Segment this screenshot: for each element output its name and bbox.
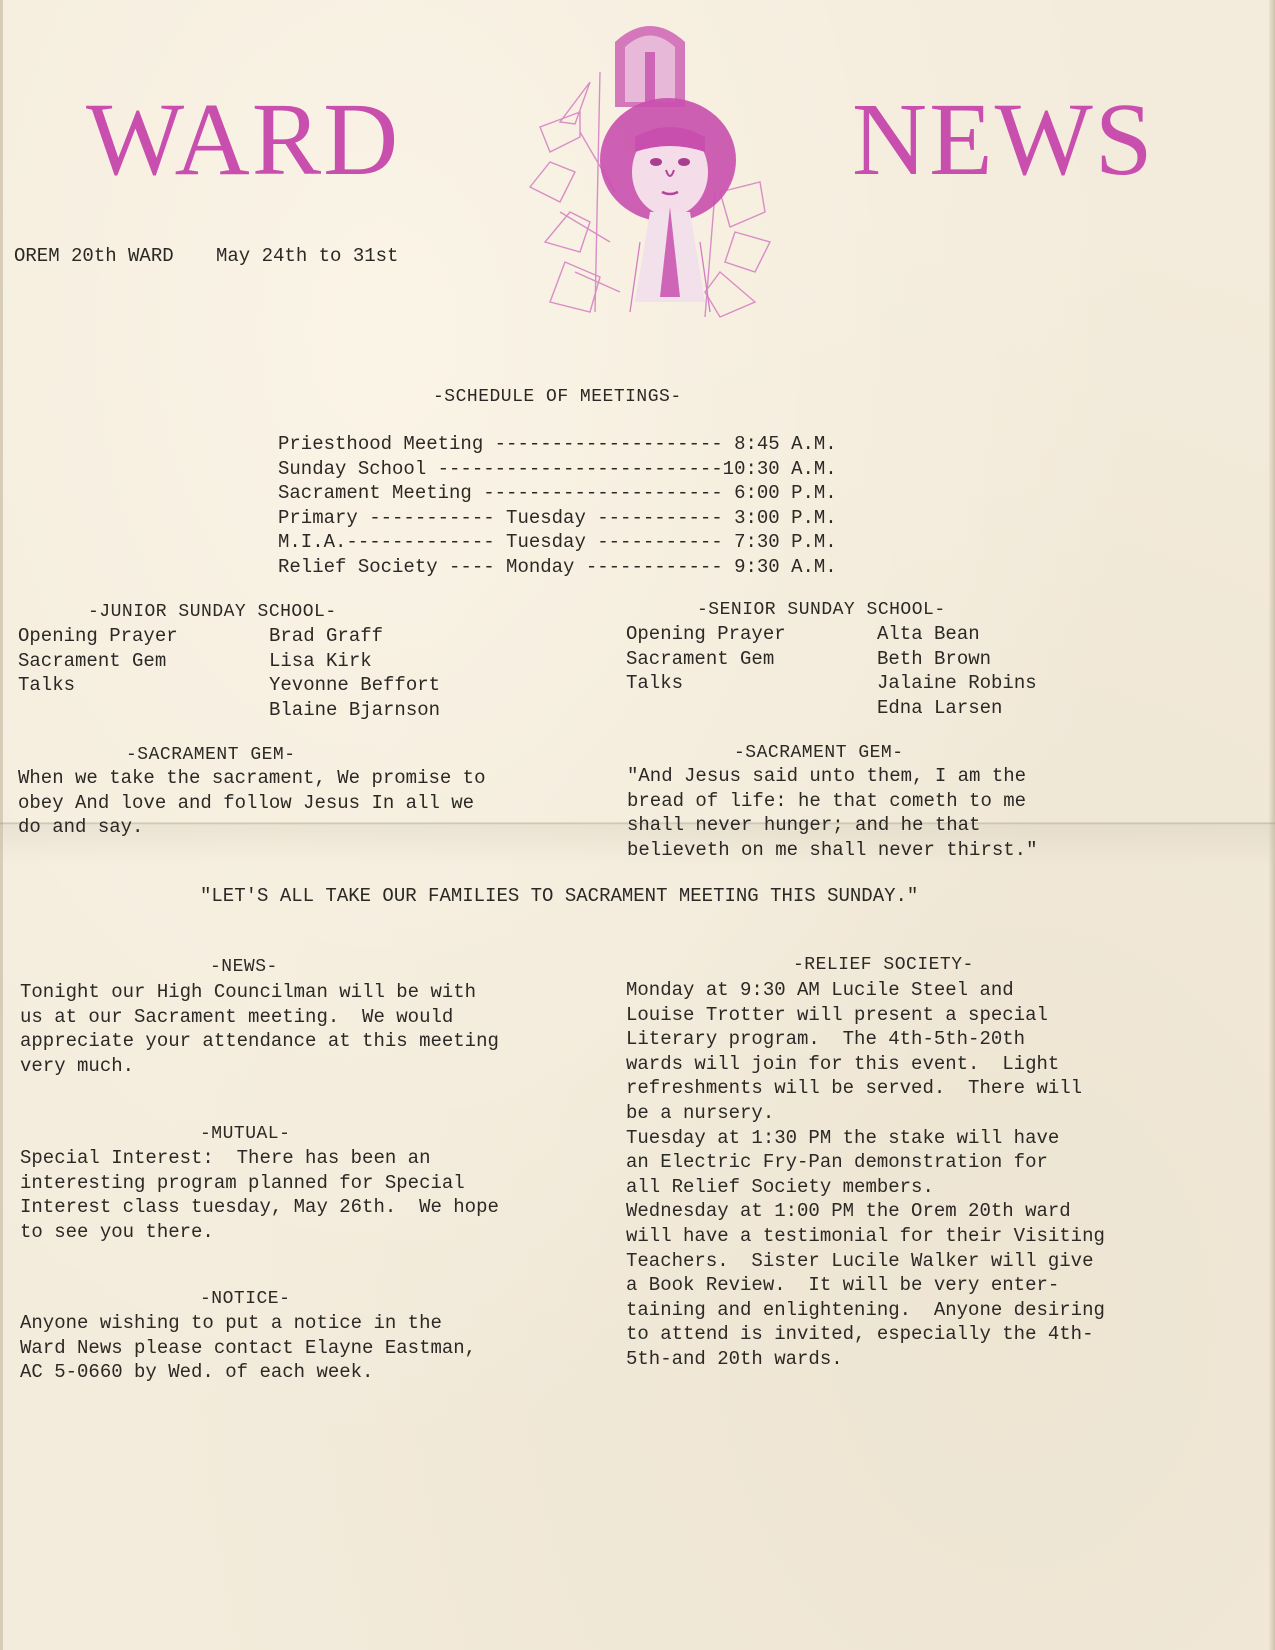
notice-body: Anyone wishing to put a notice in theWar… xyxy=(20,1311,476,1385)
participant-name: Jalaine Robins xyxy=(877,671,1037,696)
notice-line: Anyone wishing to put a notice in the xyxy=(20,1311,476,1336)
junior-names: Brad GraffLisa KirkYevonne BeffortBlaine… xyxy=(269,624,440,722)
junior-roles: Opening PrayerSacrament GemTalks xyxy=(18,624,178,722)
news-line: us at our Sacrament meeting. We would xyxy=(20,1005,499,1030)
relief-society-line: refreshments will be served. There will xyxy=(626,1076,1105,1101)
schedule-row: Sunday School -------------------------1… xyxy=(278,457,837,482)
senior-sunday-school-title: -SENIOR SUNDAY SCHOOL- xyxy=(697,598,946,622)
relief-society-line: Literary program. The 4th-5th-20th xyxy=(626,1027,1105,1052)
relief-society-line: 5th-and 20th wards. xyxy=(626,1347,1105,1372)
participant-name: Alta Bean xyxy=(877,622,1037,647)
relief-society-line: all Relief Society members. xyxy=(626,1175,1105,1200)
news-line: Tonight our High Councilman will be with xyxy=(20,980,499,1005)
junior-gem-text: When we take the sacrament, We promise t… xyxy=(18,766,485,840)
relief-society-line: be a nursery. xyxy=(626,1101,1105,1126)
mutual-line: Special Interest: There has been an xyxy=(20,1146,499,1171)
schedule-table: Priesthood Meeting -------------------- … xyxy=(278,432,837,580)
participant-name: Blaine Bjarnson xyxy=(269,698,440,723)
ward-name: OREM 20th WARD xyxy=(14,244,174,269)
issue-dates: May 24th to 31st xyxy=(216,244,398,269)
role-label: Talks xyxy=(626,671,786,696)
mutual-line: to see you there. xyxy=(20,1220,499,1245)
schedule-row: Primary ----------- Tuesday ----------- … xyxy=(278,506,837,531)
role-label: Talks xyxy=(18,673,178,698)
relief-society-line: an Electric Fry-Pan demonstration for xyxy=(626,1150,1105,1175)
role-label: Sacrament Gem xyxy=(626,647,786,672)
role-label xyxy=(626,696,786,721)
junior-sunday-school-title: -JUNIOR SUNDAY SCHOOL- xyxy=(88,600,337,624)
participant-name: Yevonne Beffort xyxy=(269,673,440,698)
relief-society-line: Wednesday at 1:00 PM the Orem 20th ward xyxy=(626,1199,1105,1224)
relief-society-title: -RELIEF SOCIETY- xyxy=(793,953,974,977)
senior-gem-title: -SACRAMENT GEM- xyxy=(734,741,904,765)
relief-society-line: Monday at 9:30 AM Lucile Steel and xyxy=(626,978,1105,1003)
role-label: Opening Prayer xyxy=(18,624,178,649)
relief-society-line: wards will join for this event. Light xyxy=(626,1052,1105,1077)
news-body: Tonight our High Councilman will be with… xyxy=(20,980,499,1078)
notice-line: Ward News please contact Elayne Eastman, xyxy=(20,1336,476,1361)
gem-line: shall never hunger; and he that xyxy=(627,813,1037,838)
gem-line: believeth on me shall never thirst." xyxy=(627,838,1037,863)
senior-roles: Opening PrayerSacrament GemTalks xyxy=(626,622,786,720)
participant-name: Beth Brown xyxy=(877,647,1037,672)
schedule-title: -SCHEDULE OF MEETINGS- xyxy=(433,385,682,409)
schedule-row: Priesthood Meeting -------------------- … xyxy=(278,432,837,457)
relief-society-line: Teachers. Sister Lucile Walker will give xyxy=(626,1249,1105,1274)
senior-gem-text: "And Jesus said unto them, I am thebread… xyxy=(627,764,1037,862)
gem-line: When we take the sacrament, We promise t… xyxy=(18,766,485,791)
relief-society-line: taining and enlightening. Anyone desirin… xyxy=(626,1298,1105,1323)
relief-society-body: Monday at 9:30 AM Lucile Steel andLouise… xyxy=(626,978,1105,1372)
junior-gem-title: -SACRAMENT GEM- xyxy=(126,743,296,767)
notice-title: -NOTICE- xyxy=(200,1287,290,1311)
mutual-body: Special Interest: There has been aninter… xyxy=(20,1146,499,1244)
schedule-row: Relief Society ---- Monday ------------ … xyxy=(278,555,837,580)
relief-society-line: to attend is invited, especially the 4th… xyxy=(626,1322,1105,1347)
senior-names: Alta BeanBeth BrownJalaine RobinsEdna La… xyxy=(877,622,1037,720)
participant-name: Lisa Kirk xyxy=(269,649,440,674)
notice-line: AC 5-0660 by Wed. of each week. xyxy=(20,1360,476,1385)
relief-society-line: Tuesday at 1:30 PM the stake will have xyxy=(626,1126,1105,1151)
participant-name: Brad Graff xyxy=(269,624,440,649)
mutual-line: Interest class tuesday, May 26th. We hop… xyxy=(20,1195,499,1220)
news-line: very much. xyxy=(20,1054,499,1079)
gem-line: do and say. xyxy=(18,815,485,840)
news-line: appreciate your attendance at this meeti… xyxy=(20,1029,499,1054)
relief-society-line: a Book Review. It will be very enter- xyxy=(626,1273,1105,1298)
news-title: -NEWS- xyxy=(210,955,278,979)
gem-line: "And Jesus said unto them, I am the xyxy=(627,764,1037,789)
role-label: Opening Prayer xyxy=(626,622,786,647)
gem-line: bread of life: he that cometh to me xyxy=(627,789,1037,814)
masthead-ward: WARD xyxy=(86,88,400,192)
gem-line: obey And love and follow Jesus In all we xyxy=(18,791,485,816)
praying-child-illustration-icon xyxy=(520,12,780,322)
schedule-row: Sacrament Meeting --------------------- … xyxy=(278,481,837,506)
role-label: Sacrament Gem xyxy=(18,649,178,674)
relief-society-line: will have a testimonial for their Visiti… xyxy=(626,1224,1105,1249)
schedule-row: M.I.A.------------- Tuesday ----------- … xyxy=(278,530,837,555)
slogan: "LET'S ALL TAKE OUR FAMILIES TO SACRAMEN… xyxy=(200,884,918,909)
relief-society-line: Louise Trotter will present a special xyxy=(626,1003,1105,1028)
role-label xyxy=(18,698,178,723)
masthead-news: NEWS xyxy=(852,88,1155,192)
mutual-title: -MUTUAL- xyxy=(200,1122,290,1146)
mutual-line: interesting program planned for Special xyxy=(20,1171,499,1196)
participant-name: Edna Larsen xyxy=(877,696,1037,721)
